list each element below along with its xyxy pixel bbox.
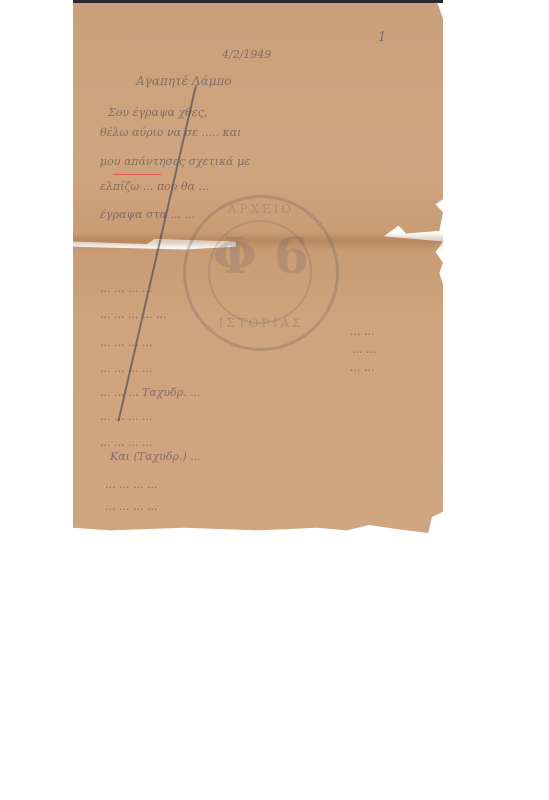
red-underline-mark [113,174,161,175]
margin-note-line: ... ... [350,325,374,338]
letter-line: θέλω αύριο να σε ..... και [100,126,241,139]
stamp-top-text: ΑΡΧΕΙΟ [186,202,336,216]
letter-line: Σου έγραψα χθες, [108,106,207,119]
letter-line: ... ... ... ... [100,362,152,375]
scan-top-edge [73,0,443,3]
page-number: 1 [378,30,386,45]
margin-note-line: ... ... [352,343,376,356]
stamp-bottom-text: ΙΣΤΟΡΙΑΣ [186,316,336,330]
letter-line: ... ... ... Ταχυδρ. ... [100,386,201,399]
salutation: Αγαπητέ Λάμπο [136,74,232,88]
margin-note-line: ... ... [350,361,374,374]
letter-line: ... ... ... ... [100,336,152,349]
date-line: 4/2/1949 [222,48,271,61]
letter-line: έγραψα στα ... ... [100,208,195,221]
letter-line: ελπίζω ... που θα ... [100,180,209,193]
letter-line: ... ... ... ... [100,282,152,295]
letter-line: ... ... ... ... [100,436,152,449]
letter-line: Και (Ταχυδρ.) ... [110,450,201,463]
letter-line: ... ... ... ... ... [100,308,166,321]
archive-stamp: ΑΡΧΕΙΟ Φ 6 ΙΣΤΟΡΙΑΣ [183,195,339,351]
letter-line: ... ... ... ... [100,410,152,423]
letter-line: ... ... ... ... [105,500,157,513]
stamp-center-text: Φ 6 [186,226,336,285]
letter-line: ... ... ... ... [105,478,157,491]
